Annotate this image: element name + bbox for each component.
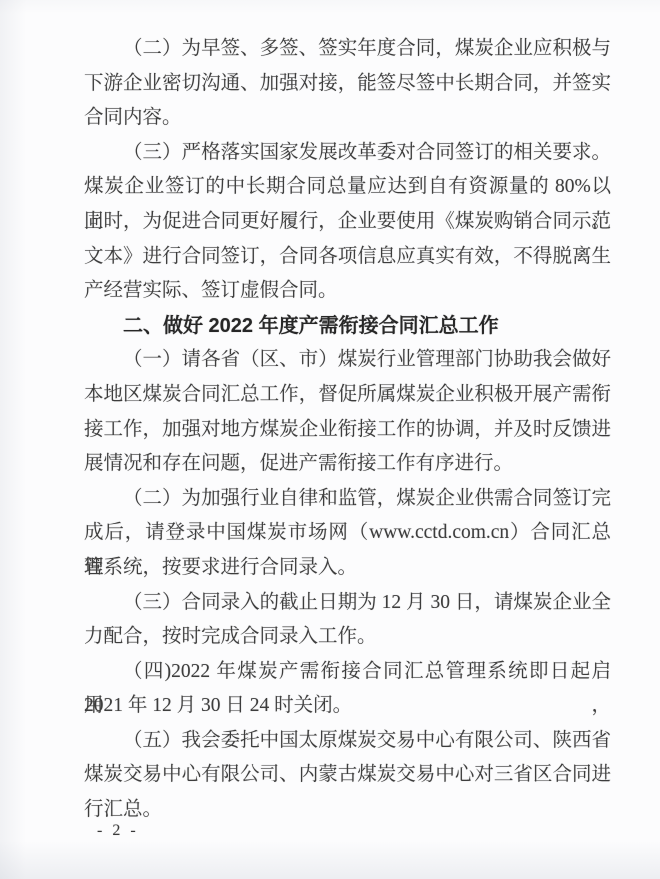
text-line: 力配合，按时完成合同录入工作。	[84, 620, 611, 655]
text-line: 产经营实际、签订虚假合同。	[84, 274, 611, 309]
text-line: 展情况和存在问题，促进产需衔接工作有序进行。	[84, 447, 611, 482]
text-line: 行汇总。	[84, 793, 611, 828]
text-line: （五）我会委托中国太原煤炭交易中心有限公司、陕西省	[84, 724, 611, 759]
text-line: （三）合同录入的截止日期为 12 月 30 日，请煤炭企业全	[84, 586, 611, 621]
document-body: （二）为早签、多签、签实年度合同，煤炭企业应积极与下游企业密切沟通、加强对接，能…	[84, 32, 611, 828]
text-line: 合同内容。	[84, 101, 611, 136]
text-line: 接工作，加强对地方煤炭企业衔接工作的协调，并及时反馈进	[84, 413, 611, 448]
text-line: （四)2022 年煤炭产需衔接合同汇总管理系统即日起启用，	[84, 655, 611, 690]
text-line: 理系统，按要求进行合同录入。	[84, 551, 611, 586]
text-line: 同时，为促进合同更好履行，企业要使用《煤炭购销合同示范	[84, 205, 611, 240]
document-page: （二）为早签、多签、签实年度合同，煤炭企业应积极与下游企业密切沟通、加强对接，能…	[0, 0, 660, 879]
text-line: 本地区煤炭合同汇总工作，督促所属煤炭企业积极开展产需衔	[84, 378, 611, 413]
text-line: （二）为早签、多签、签实年度合同，煤炭企业应积极与	[84, 32, 611, 67]
text-line: 成后，请登录中国煤炭市场网（www.cctd.com.cn）合同汇总管	[84, 516, 611, 551]
text-line: 煤炭企业签订的中长期合同总量应达到自有资源量的 80%以上。	[84, 170, 611, 205]
text-line: （三）严格落实国家发展改革委对合同签订的相关要求。	[84, 136, 611, 171]
page-number: - 2 -	[97, 822, 139, 840]
text-line: 下游企业密切沟通、加强对接，能签尽签中长期合同，并签实	[84, 67, 611, 102]
text-line: （二）为加强行业自律和监管，煤炭企业供需合同签订完	[84, 482, 611, 517]
text-line: 文本》进行合同签订，合同各项信息应真实有效，不得脱离生	[84, 240, 611, 275]
text-line: （一）请各省（区、市）煤炭行业管理部门协助我会做好	[84, 343, 611, 378]
text-line: 煤炭交易中心有限公司、内蒙古煤炭交易中心对三省区合同进	[84, 758, 611, 793]
section-heading: 二、做好 2022 年度产需衔接合同汇总工作	[84, 309, 611, 344]
